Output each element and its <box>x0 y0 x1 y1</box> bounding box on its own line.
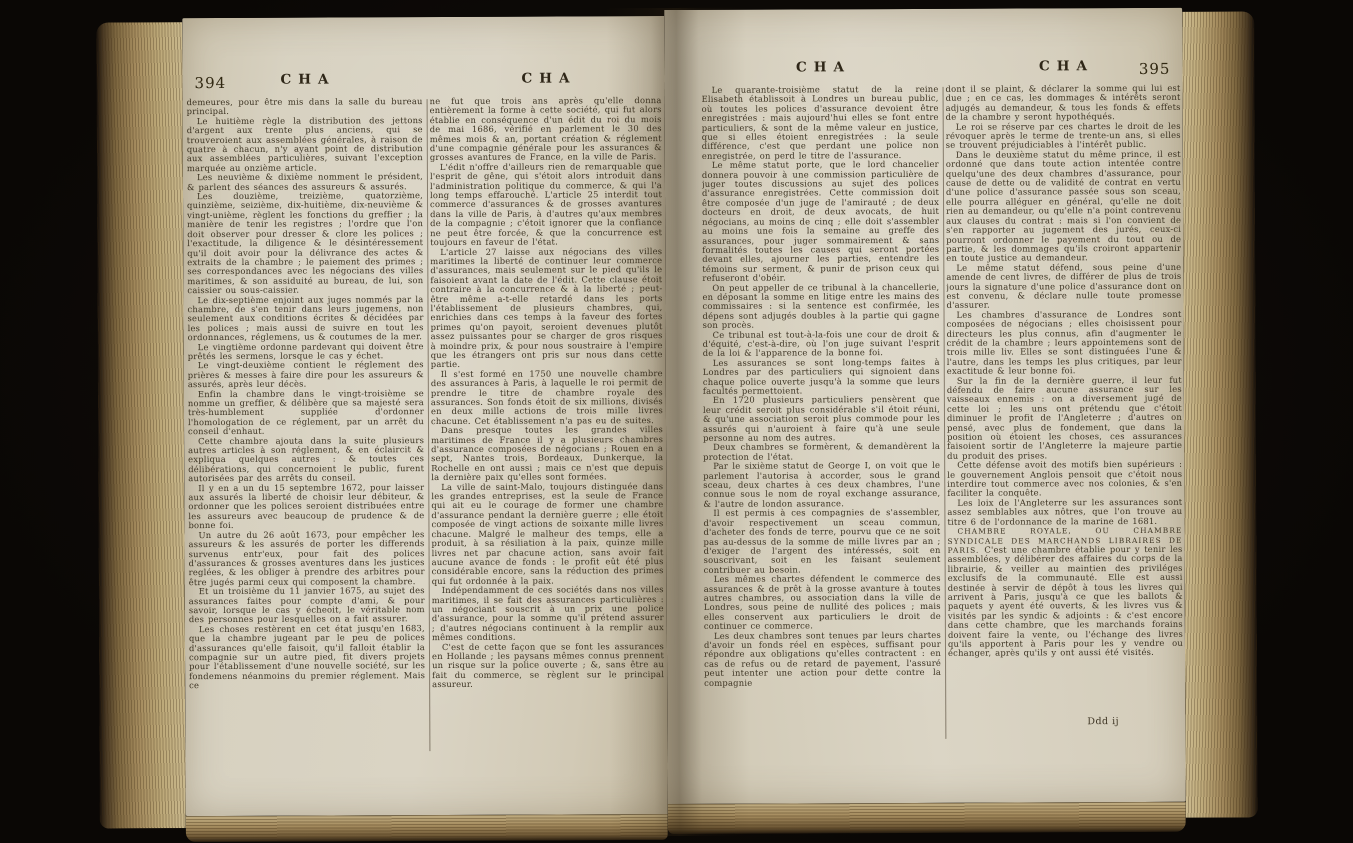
page-edges-right <box>1182 11 1258 817</box>
paragraph: dont il se plaint, & déclarer la somme q… <box>946 84 1181 123</box>
paragraph: Dans presque toutes les grandes villes m… <box>431 425 663 482</box>
paragraph: ne fut que trois ans après qu'elle donna… <box>430 96 662 163</box>
running-header-left-col1: CHA <box>186 71 422 88</box>
paragraph: Ce tribunal est tout-à-la-fois une cour … <box>703 329 940 358</box>
paragraph: Le vingtième ordonne pardevant qui doive… <box>188 342 424 362</box>
page-edges-bottom-right <box>668 802 1186 834</box>
book: 394 CHA CHA demeures, pour être mis dans… <box>96 5 1258 838</box>
paragraph: Les neuvième & dixième nomment le présid… <box>187 172 423 192</box>
paragraph: Le quarante-troisième statut de la reine… <box>702 85 939 161</box>
paragraph: Dans le deuxième statut du même prince, … <box>946 150 1181 264</box>
paragraph: Sur la fin de la dernière guerre, il leu… <box>947 375 1182 461</box>
paragraph: Enfin la chambre dans le vingt-troisième… <box>188 389 424 437</box>
left-page-column-2: ne fut que trois ans après qu'elle donna… <box>430 96 665 757</box>
right-page-column-1: Le quarante-troisième statut de la reine… <box>702 85 942 750</box>
paragraph: En 1720 plusieurs particuliers pensèrent… <box>703 395 940 443</box>
page-edges-left <box>96 22 186 828</box>
paragraph: Le huitième règle la distribution des je… <box>187 116 423 173</box>
paragraph: Les chambres d'assurance de Londres sont… <box>947 310 1182 377</box>
running-header-left-col2: CHA <box>429 70 661 87</box>
paragraph: Il y en a un du 15 septembre 1672, pour … <box>188 483 424 531</box>
paragraph: Les douzième, treizième, quatorzième, qu… <box>187 191 423 295</box>
paragraph: Et un troisième du 11 janvier 1675, au s… <box>189 586 425 625</box>
running-header-right-col2: CHA <box>945 58 1180 75</box>
paragraph: Le dix-septième enjoint aux juges nommés… <box>187 295 423 343</box>
page-edges-bottom-left <box>186 814 668 842</box>
paragraph: Les mêmes chartes défendent le commerce … <box>704 574 941 631</box>
paragraph: C'est de cette façon que se font les ass… <box>432 642 664 690</box>
paragraph: Il est permis à ces compagnies de s'asse… <box>703 508 940 575</box>
paragraph: L'édit n'offre d'ailleurs rien de remarq… <box>430 162 662 248</box>
paragraph: Cette défense avoit des motifs bien supé… <box>947 460 1182 499</box>
left-page-column-1: demeures, pour être mis dans la salle du… <box>187 97 426 758</box>
paragraph: CHAMBRE ROYALE, OU CHAMBRE SYNDICALE DES… <box>947 526 1183 659</box>
signature-mark: Ddd ij <box>1087 716 1119 727</box>
paragraph: Deux chambres se formèrent, & demandèren… <box>703 442 940 462</box>
paragraph: Indépendamment de ces sociétés dans nos … <box>432 585 664 642</box>
paragraph: Par le sixième statut de George I, on vo… <box>703 461 940 509</box>
paragraph: On peut appeller de ce tribunal à la cha… <box>702 282 939 330</box>
paragraph: Les deux chambres sont tenues par leurs … <box>704 630 941 687</box>
paragraph: Il s'est formé en 1750 une nouvelle cham… <box>431 369 663 426</box>
right-page: 395 CHA CHA Le quarante-troisième statut… <box>664 8 1185 804</box>
left-page: 394 CHA CHA demeures, pour être mis dans… <box>182 16 667 816</box>
paragraph: Cette chambre ajouta dans la suite plusi… <box>188 436 424 484</box>
paragraph: Le même statut défend, sous peine d'une … <box>946 263 1181 311</box>
paragraph: La ville de saint-Malo, toujours disting… <box>431 482 663 586</box>
paragraph: Le vingt-deuxième contient le réglement … <box>188 360 424 389</box>
paragraph: Les loix de l'Angleterre sur les assuran… <box>947 498 1182 527</box>
paragraph: Un autre du 26 août 1673, pour empêcher … <box>188 530 424 587</box>
paragraph: L'article 27 laisse aux négocians des vi… <box>430 247 663 370</box>
paragraph: Le roi se réserve par ces chartes le dro… <box>946 121 1181 150</box>
paragraph: Les assurances se sont long-temps faites… <box>703 358 940 397</box>
paragraph-lead-smallcaps: CHAMBRE ROYALE, OU CHAMBRE SYNDICALE DES… <box>948 526 1183 555</box>
paragraph: Le même statut porte, que le lord chance… <box>702 160 940 283</box>
running-header-right-col1: CHA <box>701 59 938 76</box>
paragraph: Les choses restèrent en cet état jusqu'e… <box>189 624 425 691</box>
paragraph: demeures, pour être mis dans la salle du… <box>187 97 423 117</box>
right-page-column-2: dont il se plaint, & déclarer la somme q… <box>946 84 1184 749</box>
